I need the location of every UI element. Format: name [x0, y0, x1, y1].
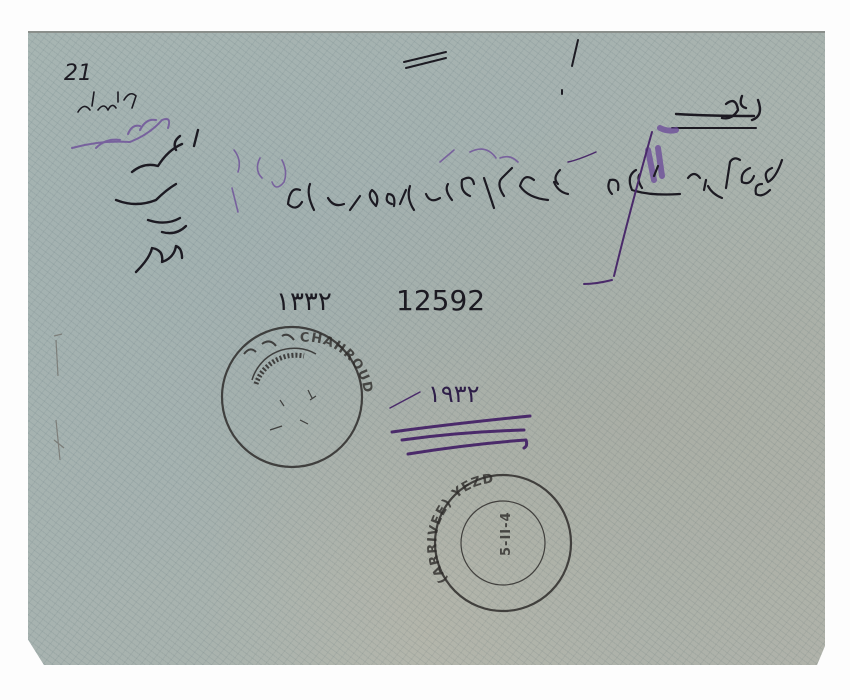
corner-number: 21 [64, 61, 92, 86]
address-line-main-purple [232, 149, 518, 212]
corner-note [78, 92, 136, 112]
svg-text:5-II-4: 5-II-4 [499, 511, 514, 556]
svg-text:۱۹۳۲: ۱۹۳۲ [428, 380, 480, 408]
svg-text:۱۳۳۲: ۱۳۳۲ [276, 287, 332, 317]
address-line-main [288, 158, 782, 210]
envelope-markings: 21 [0, 0, 850, 700]
address-line-left [116, 130, 198, 272]
top-dash-marks [404, 40, 578, 94]
destination-yazd [672, 96, 760, 128]
address-line-left-purple [72, 119, 169, 148]
numbers-line: ۱۳۳۲ 12592 [276, 284, 485, 317]
ink-smudge [648, 128, 676, 180]
faint-marks [54, 334, 64, 460]
postmark-departure: CHAHROUD [222, 327, 375, 467]
svg-text:12592: 12592 [396, 284, 485, 317]
diagonal-strokes [568, 132, 652, 284]
svg-text:(ARRIVEE) YEZD: (ARRIVEE) YEZD [425, 471, 495, 586]
postmark-arrival: (ARRIVEE) YEZD 5-II-4 [425, 471, 571, 611]
svg-text:21: 21 [64, 61, 92, 86]
svg-text:CHAHROUD: CHAHROUD [300, 331, 375, 395]
purple-number: ۱۹۳۲ [390, 380, 530, 454]
